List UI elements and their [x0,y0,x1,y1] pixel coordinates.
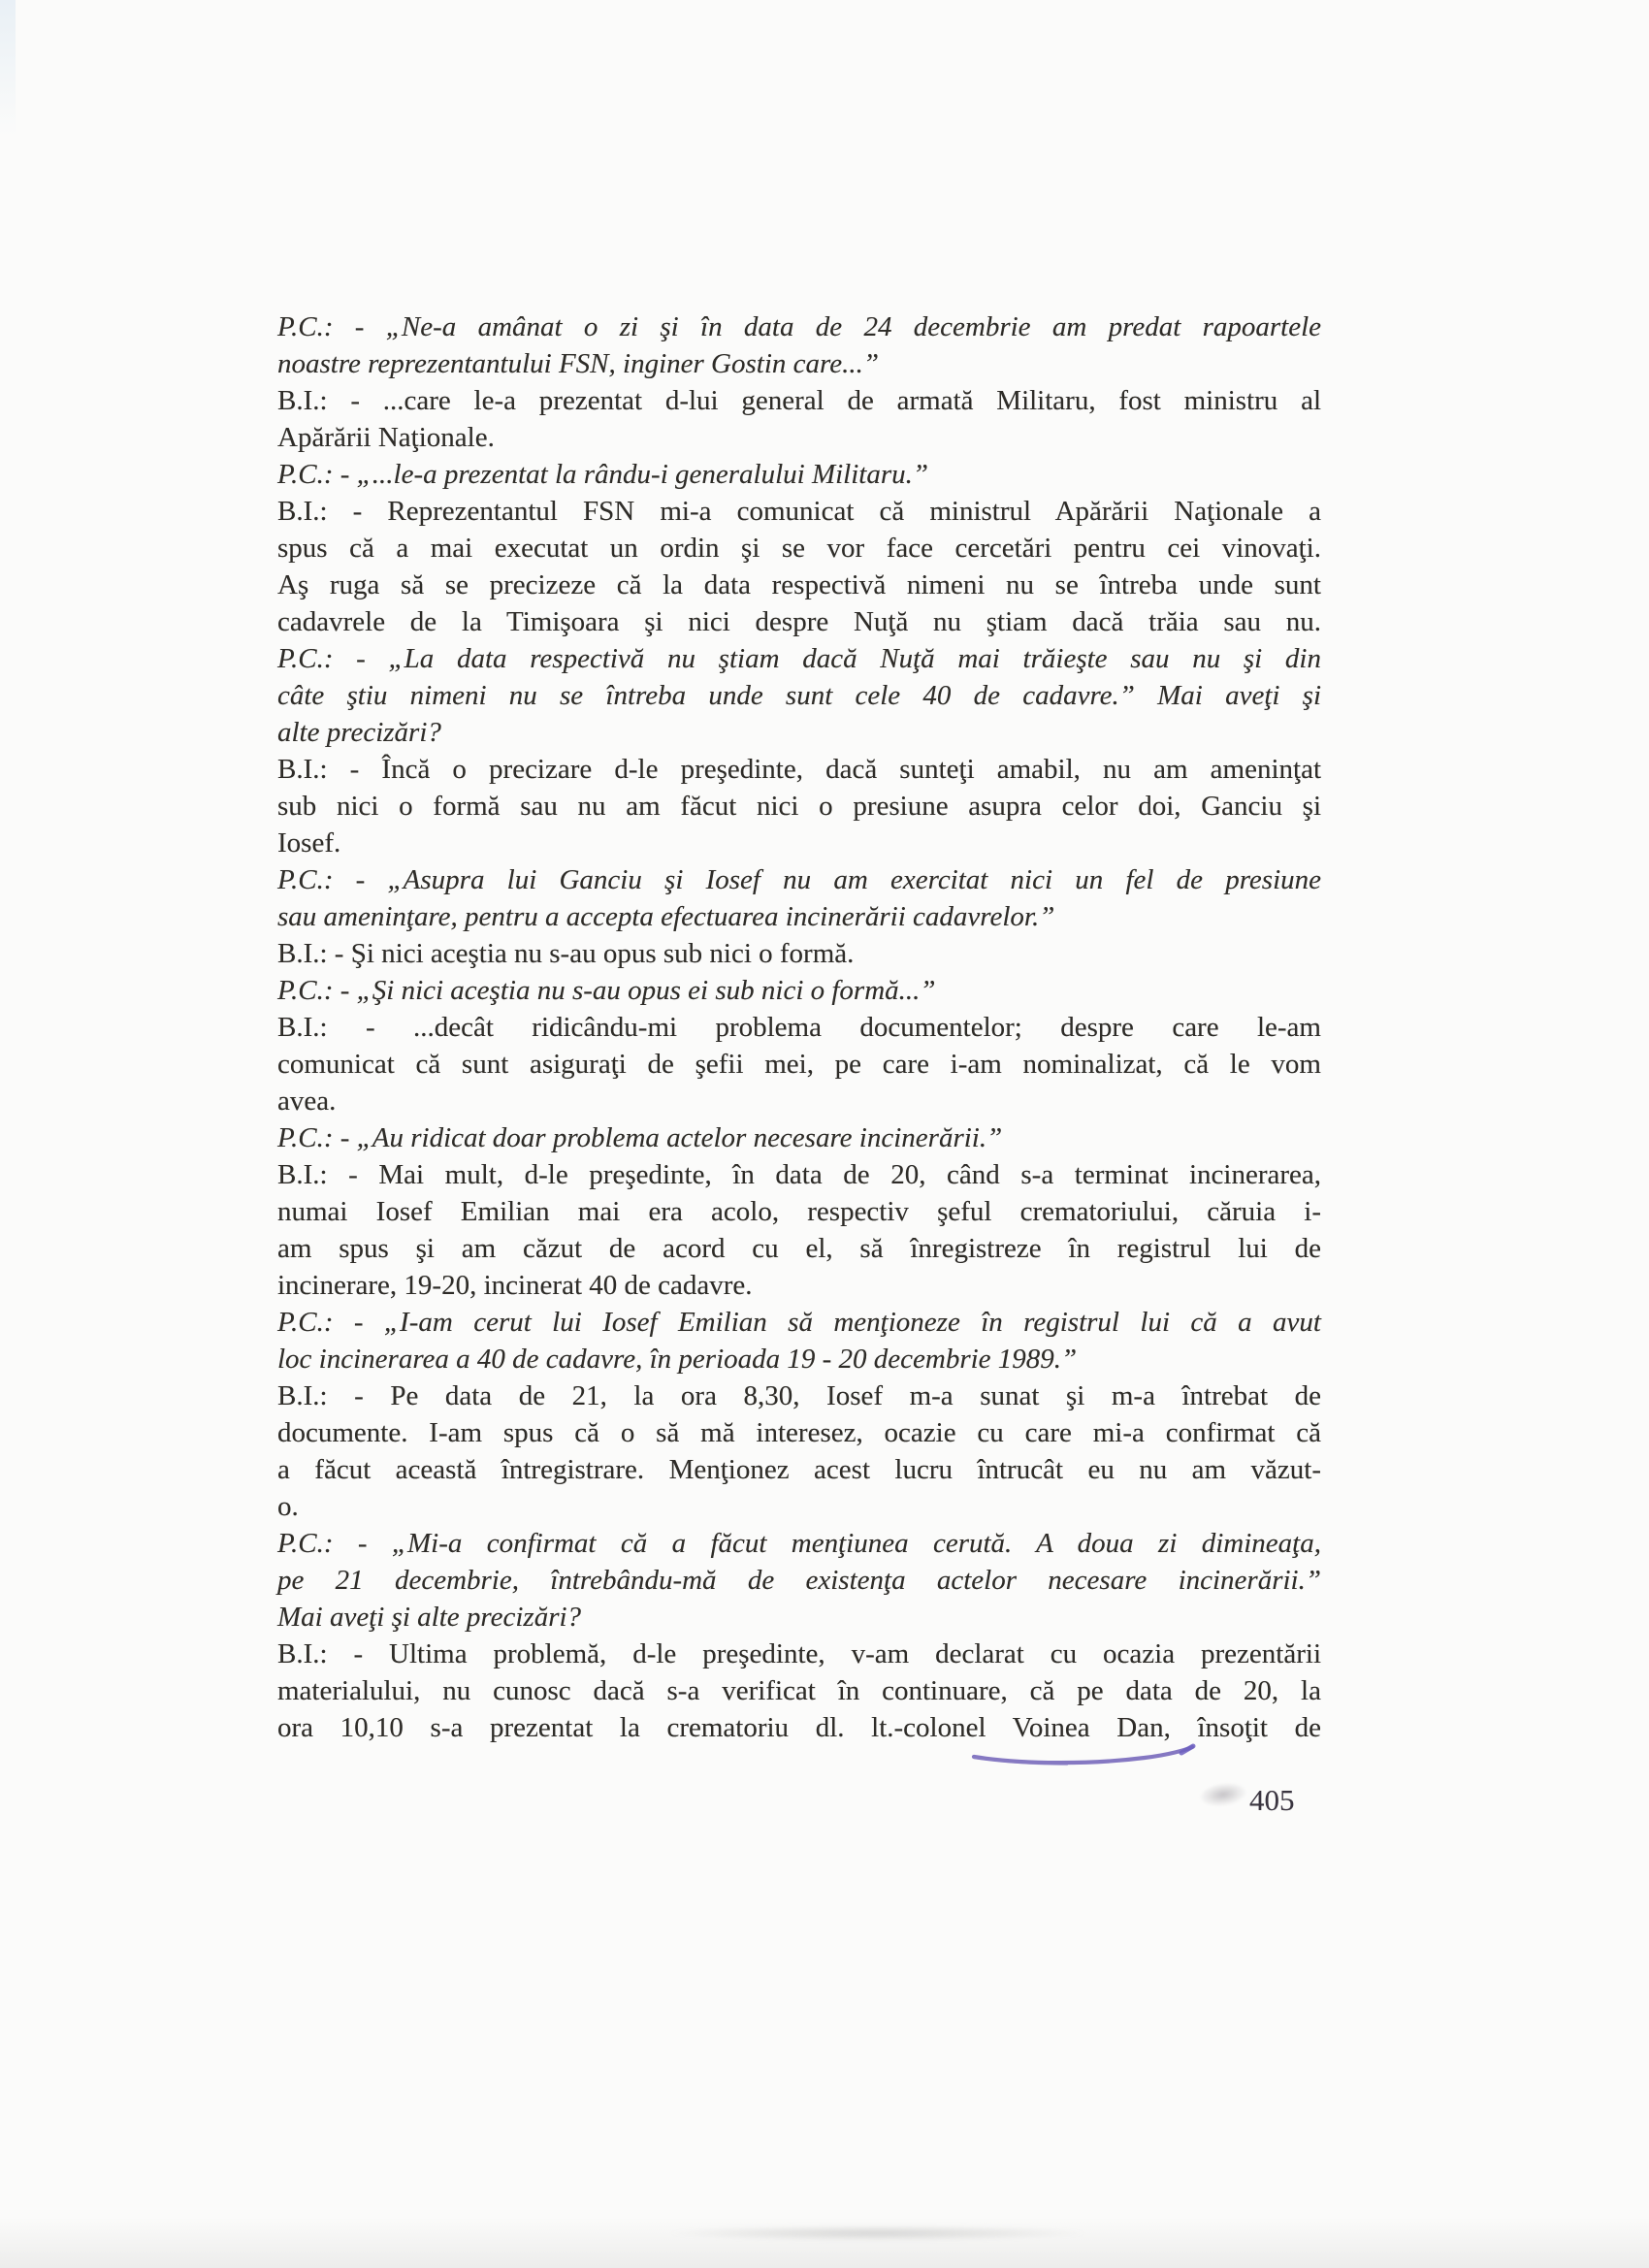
text-line: avea. [277,1083,1321,1119]
page-number: 405 [1249,1783,1295,1818]
text-line: comunicat că sunt asiguraţi de şefii mei… [277,1046,1321,1083]
text-line: P.C.: - „Asupra lui Ganciu şi Iosef nu a… [277,861,1321,898]
text-line: o. [277,1488,1321,1525]
text-line: câte ştiu nimeni nu se întreba unde sunt… [277,677,1321,714]
text-line: B.I.: - Pe data de 21, la ora 8,30, Iose… [277,1377,1321,1414]
text-line: sau ameninţare, pentru a accepta efectua… [277,898,1321,935]
text-line: a făcut această întregistrare. Menţionez… [277,1451,1321,1488]
text-line: P.C.: - „...le-a prezentat la rându-i ge… [277,456,1321,493]
text-line: loc incinerarea a 40 de cadavre, în peri… [277,1341,1321,1377]
text-line: P.C.: - „La data respectivă nu ştiam dac… [277,640,1321,677]
text-line: P.C.: - „I-am cerut lui Iosef Emilian să… [277,1304,1321,1341]
text-line: numai Iosef Emilian mai era acolo, respe… [277,1193,1321,1230]
text-line: sub nici o formă sau nu am făcut nici o … [277,788,1321,825]
text-line: alte precizări? [277,714,1321,751]
text-line: pe 21 decembrie, întrebându-mă de existe… [277,1562,1321,1599]
text-line: P.C.: - „Ne-a amânat o zi şi în data de … [277,308,1321,345]
text-line: incinerare, 19-20, incinerat 40 de cadav… [277,1267,1321,1304]
text-line: cadavrele de la Timişoara şi nici despre… [277,603,1321,640]
scan-smudge [1198,1780,1249,1810]
text-line: Iosef. [277,825,1321,861]
text-line: materialului, nu cunosc dacă s-a verific… [277,1672,1321,1709]
text-line: B.I.: - Şi nici aceştia nu s-au opus sub… [277,935,1321,972]
text-line: noastre reprezentantului FSN, inginer Go… [277,345,1321,382]
dialogue-text-block: P.C.: - „Ne-a amânat o zi şi în data de … [277,308,1321,1746]
text-line: P.C.: - „Au ridicat doar problema actelo… [277,1119,1321,1156]
scanned-book-page: P.C.: - „Ne-a amânat o zi şi în data de … [0,0,1649,2268]
scan-smudge-bottom [669,2225,1086,2241]
scan-corner-tint [0,0,16,136]
text-line: B.I.: - Reprezentantul FSN mi-a comunica… [277,493,1321,530]
text-line: am spus şi am căzut de acord cu el, să î… [277,1230,1321,1267]
text-line: ora 10,10 s-a prezentat la crematoriu dl… [277,1709,1321,1746]
text-line: Aş ruga să se precizeze că la data respe… [277,567,1321,603]
text-line: B.I.: - ...decât ridicându-mi problema d… [277,1009,1321,1046]
text-line: Apărării Naţionale. [277,419,1321,456]
text-line: Mai aveţi şi alte precizări? [277,1599,1321,1636]
text-line: B.I.: - Ultima problemă, d-le preşedinte… [277,1636,1321,1672]
text-line: B.I.: - Încă o precizare d-le preşedinte… [277,751,1321,788]
text-line: P.C.: - „Şi nici aceştia nu s-au opus ei… [277,972,1321,1009]
text-line: spus că a mai executat un ordin şi se vo… [277,530,1321,567]
text-line: P.C.: - „Mi-a confirmat că a făcut menţi… [277,1525,1321,1562]
text-line: B.I.: - Mai mult, d-le preşedinte, în da… [277,1156,1321,1193]
text-line: B.I.: - ...care le-a prezentat d-lui gen… [277,382,1321,419]
text-line: documente. I-am spus că o să mă interese… [277,1414,1321,1451]
